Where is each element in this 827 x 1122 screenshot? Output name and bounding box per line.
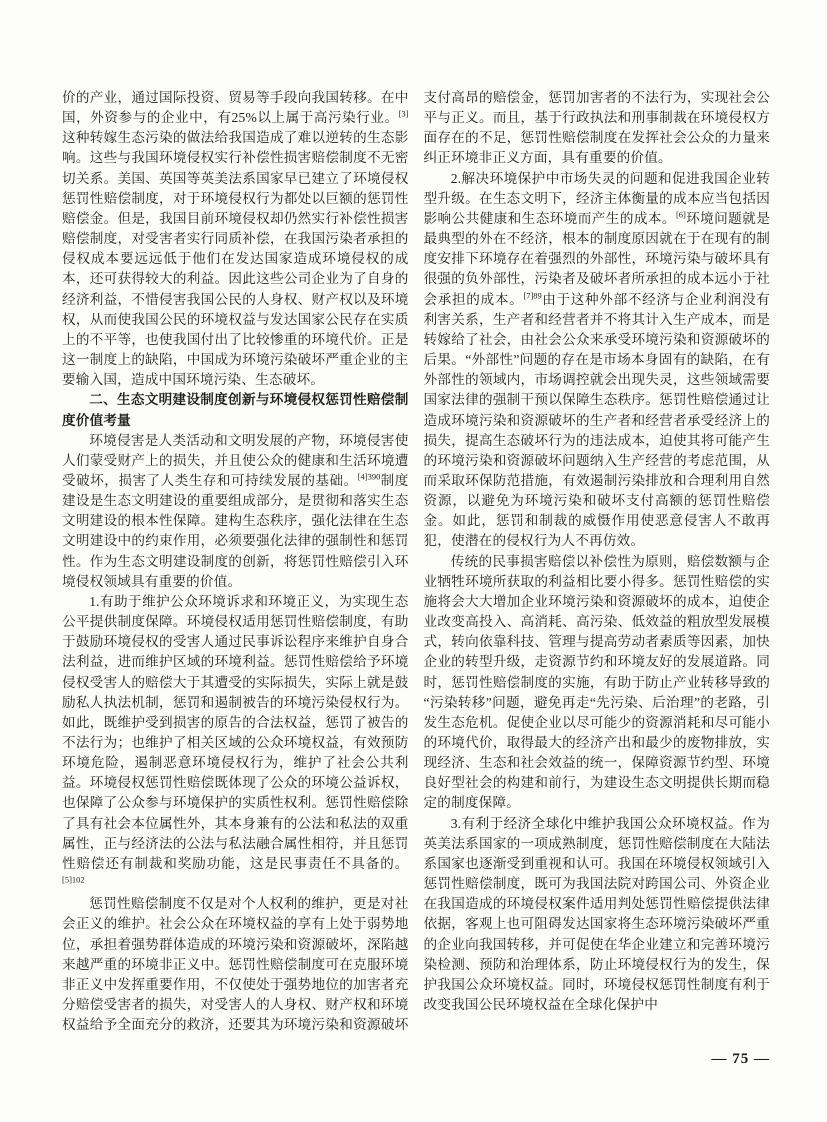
- body-paragraph: 2.解决环境保护中市场失灵的问题和促进我国企业转型升级。在生态文明下，经济主体衡…: [424, 169, 771, 552]
- text-run: 3.有利于经济全球化中维护我国公众环境权益。作为英美法系国家的一项成熟制度，惩罚…: [424, 816, 771, 1012]
- text-run: 二、生态文明建设制度创新与环境侵权惩罚性赔偿制度价值考量: [62, 392, 409, 427]
- article-body: 价的产业，通过国际投资、贸易等手段向我国转移。在中国，外资参与的企业中，有25%…: [62, 88, 770, 1038]
- citation-ref: [6]: [676, 209, 686, 219]
- page-number: — 75 —: [712, 1051, 771, 1068]
- body-paragraph: 环境侵害是人类活动和文明发展的产物，环境侵害使人们蒙受财产上的损失，并且使公众的…: [62, 431, 409, 592]
- body-paragraph: 3.有利于经济全球化中维护我国公众环境权益。作为英美法系国家的一项成熟制度，惩罚…: [424, 814, 771, 1016]
- text-run: 制度建设是生态文明建设的重要组成部分，是贯彻和落实生态文明建设的根本性保障。建构…: [62, 473, 409, 589]
- text-run: 价的产业，通过国际投资、贸易等手段向我国转移。在中国，外资参与的企业中，有25%…: [62, 90, 409, 125]
- journal-page: 价的产业，通过国际投资、贸易等手段向我国转移。在中国，外资参与的企业中，有25%…: [0, 0, 827, 1122]
- body-paragraph: 价的产业，通过国际投资、贸易等手段向我国转移。在中国，外资参与的企业中，有25%…: [62, 88, 409, 390]
- citation-ref: [3]: [399, 109, 409, 119]
- citation-ref: [7]89: [523, 290, 541, 300]
- text-run: 传统的民事损害赔偿以补偿性为原则，赔偿数额与企业牺牲环境所获取的利益相比要小得多…: [424, 554, 771, 811]
- section-heading: 二、生态文明建设制度创新与环境侵权惩罚性赔偿制度价值考量: [62, 390, 409, 430]
- text-run: 环境侵害是人类活动和文明发展的产物，环境侵害使人们蒙受财产上的损失，并且使公众的…: [62, 433, 409, 488]
- body-paragraph: 1.有助于维护公众环境诉求和环境正义，为实现生态公平提供制度保障。环境侵权适用惩…: [62, 592, 409, 894]
- citation-ref: [4]390: [358, 471, 381, 481]
- text-run: 由于这种外部不经济与企业利润没有利害关系，生产者和经营者并不将其计入生产成本，而…: [424, 292, 771, 549]
- text-run: 1.有助于维护公众环境诉求和环境正义，为实现生态公平提供制度保障。环境侵权适用惩…: [62, 594, 409, 871]
- text-run: 这种转嫁生态污染的做法给我国造成了难以逆转的生态影响。这些与我国环境侵权实行补偿…: [62, 130, 409, 387]
- citation-ref: [5]102: [62, 875, 85, 885]
- body-paragraph: 传统的民事损害赔偿以补偿性为原则，赔偿数额与企业牺牲环境所获取的利益相比要小得多…: [424, 552, 771, 814]
